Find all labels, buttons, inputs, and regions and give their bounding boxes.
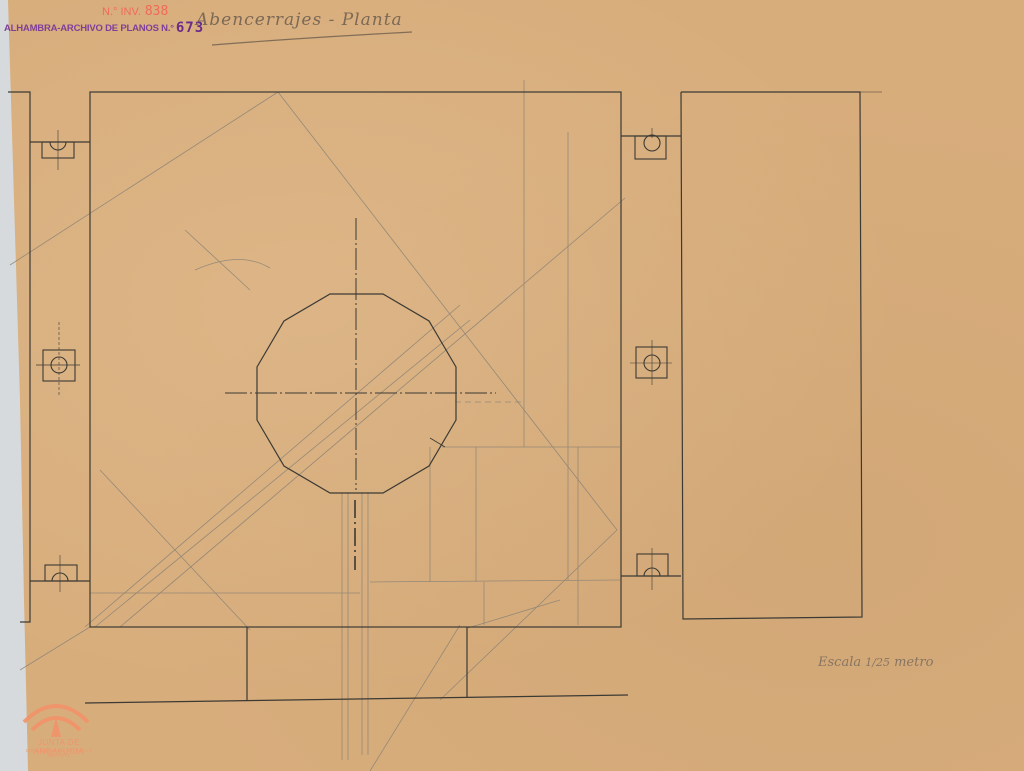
inventory-number: 838 xyxy=(145,4,168,19)
handwritten-title: Abencerrajes - Planta xyxy=(196,10,403,30)
inventory-stamp: N.° INV.838 xyxy=(102,4,168,19)
scale-suffix: metro xyxy=(894,655,933,670)
anchor-hole-left-middle xyxy=(36,322,80,395)
inventory-label: N.° INV. xyxy=(102,6,141,18)
right-slab xyxy=(681,92,862,619)
archive-stamp: ALHAMBRA-ARCHIVO DE PLANOS N.°673 xyxy=(4,20,204,36)
junta-andalucia-watermark: JUNTA DE ANDALUCIA CONSEJERIA DE CULTURA… xyxy=(14,694,104,754)
drawing-sheet: N.° INV.838 ALHAMBRA-ARCHIVO DE PLANOS N… xyxy=(0,0,1024,771)
anchor-hole-left-top xyxy=(42,130,74,170)
anchor-holes xyxy=(36,128,672,592)
anchor-hole-right-middle xyxy=(630,340,672,385)
archive-label: ALHAMBRA-ARCHIVO DE PLANOS N.° xyxy=(4,23,174,34)
anchor-hole-right-top xyxy=(635,128,666,159)
ink-outlines xyxy=(8,92,882,703)
scan-margin xyxy=(0,0,28,771)
watermark-line2: CONSEJERIA DE CULTURA Y DEPORTE xyxy=(14,748,104,758)
scale-annotation: Escala 1/25 metro xyxy=(818,655,933,670)
center-axes xyxy=(225,218,496,570)
anchor-hole-right-bottom xyxy=(637,548,668,590)
title-underline xyxy=(212,32,412,45)
anchor-hole-left-bottom xyxy=(45,555,77,592)
construction-lines xyxy=(10,80,625,771)
scale-prefix: Escala xyxy=(818,655,861,670)
scale-fraction: 1/25 xyxy=(865,656,890,669)
